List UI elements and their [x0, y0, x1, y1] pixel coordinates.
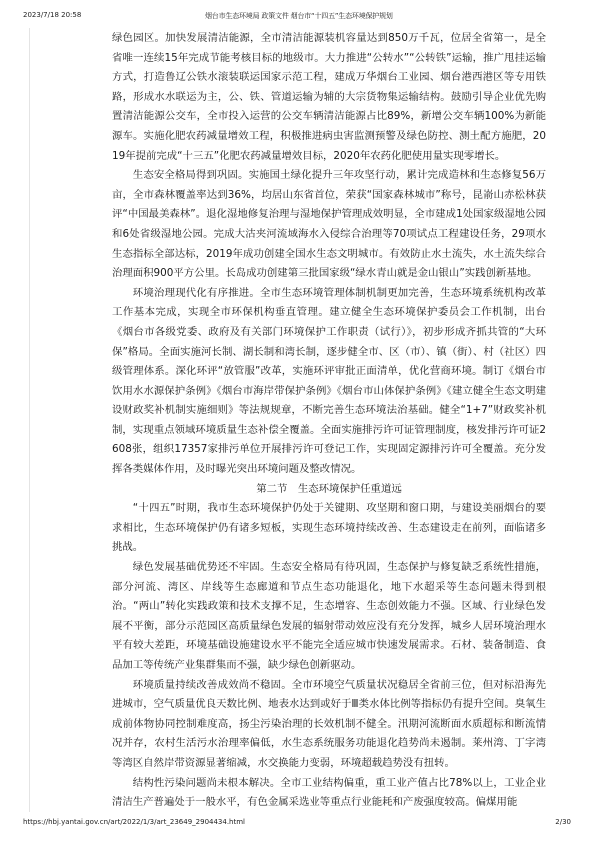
paragraph-ecological-security: 生态安全格局得到巩固。实施国土绿化提升三年攻坚行动，累计完成造林和生态修复56万…	[112, 166, 546, 284]
print-timestamp: 2023/7/18 20:58	[23, 11, 81, 19]
document-body: 绿色园区。加快发展清洁能源，全市清洁能源装机容量达到850万千瓦，位居全省第一，…	[112, 29, 546, 813]
print-page-title: 烟台市生态环境局 政策文件 烟台市“十四五”生态环境保护规划	[205, 11, 393, 21]
page-url: https://hbj.yantai.gov.cn/art/2022/1/3/a…	[23, 818, 245, 826]
page-number: 2/30	[555, 818, 571, 826]
paragraph-structural-pollution: 结构性污染问题尚未根本解决。全市工业结构偏重，重工业产值占比78%以上，工业企业…	[112, 774, 546, 813]
print-header: 2023/7/18 20:58 烟台市生态环境局 政策文件 烟台市“十四五”生态…	[0, 11, 594, 23]
section-heading: 第二节 生态环境保护任重道远	[112, 480, 546, 500]
paragraph-green-development-base: 绿色发展基础优势还不牢固。生态安全格局有待巩固，生态保护与修复缺乏系统性措施，部…	[112, 558, 546, 676]
paragraph-green-park: 绿色园区。加快发展清洁能源，全市清洁能源装机容量达到850万千瓦，位居全省第一，…	[112, 29, 546, 166]
paragraph-governance-modernization: 环境治理现代化有序推进。全市生态环境管理体制机制更加完善，生态环境系统机构改革工…	[112, 284, 546, 480]
left-border-rule	[29, 28, 30, 812]
paragraph-environment-quality: 环境质量持续改善成效尚不稳固。全市环境空气质量状况稳居全省前三位，但对标沿海先进…	[112, 676, 546, 774]
paragraph-14th-five-year: “十四五”时期，我市生态环境保护仍处于关键期、攻坚期和窗口期，与建设美丽烟台的要…	[112, 499, 546, 558]
